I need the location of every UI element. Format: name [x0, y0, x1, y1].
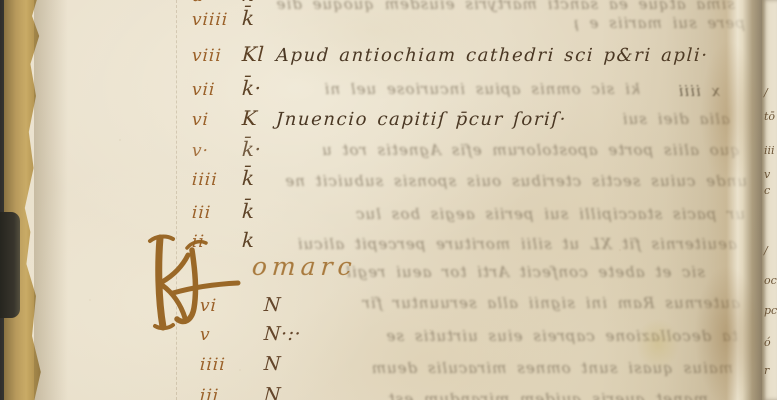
nones-letter: N·:· — [263, 323, 301, 345]
nones-letter: N — [263, 353, 298, 375]
roman-numeral: vi — [191, 110, 242, 130]
calendar-row: viiiik̄ — [191, 6, 276, 30]
kalend-letter: Kl — [241, 42, 276, 66]
kalend-letter: K — [241, 106, 276, 130]
kalend-letter: k̄· — [241, 137, 276, 161]
roman-numeral: vi — [199, 296, 264, 316]
facing-page-text-fragment: iii — [764, 144, 775, 157]
kl-monogram-initial — [146, 230, 252, 334]
facing-page-text-fragment: tō — [764, 110, 775, 123]
kalend-letter: k̄ — [241, 166, 276, 190]
roman-numeral: iiii — [199, 355, 264, 375]
facing-page-text-fragment: v — [764, 168, 770, 181]
roman-numeral: iii — [191, 203, 242, 223]
calendar-row: iiik̄ — [191, 199, 276, 223]
kalend-letter: k̄ — [241, 199, 276, 223]
facing-page-text-fragment: / — [764, 86, 768, 99]
facing-page-text-fragment: pc — [764, 304, 777, 317]
roman-numeral: viiii — [191, 10, 242, 30]
calendar-row: iiiik̄ — [191, 166, 276, 190]
calendar-row: viKJnuencio capitiſ p̄cur ſoriſ· — [191, 106, 567, 130]
roman-numeral: vii — [191, 80, 242, 100]
roman-numeral: iii — [199, 386, 264, 400]
fold-stain-bottom — [694, 265, 760, 400]
calendar-row: viN — [199, 294, 298, 316]
roman-numeral: viii — [191, 46, 242, 66]
facing-page-text-fragment: c — [764, 184, 770, 197]
roman-numeral: iiii — [191, 170, 242, 190]
roman-numeral: v — [199, 325, 264, 345]
kalend-letter: k̄ — [241, 6, 276, 30]
facing-page-text-fragment: ó — [764, 336, 771, 349]
kalend-letter: k̄· — [241, 76, 276, 100]
calendar-row: v·k̄· — [191, 137, 276, 161]
bleedthrough-line: ki sic omnis apius incuriose uel ni — [250, 80, 640, 98]
calendar-row: iiiN — [199, 384, 298, 400]
facing-page-text-fragment: / — [764, 244, 768, 257]
month-heading: omarc — [251, 252, 358, 281]
facing-page-text-fragment: r — [764, 364, 769, 377]
margin-ruling-line — [176, 0, 177, 400]
calendar-row: viik̄· — [191, 76, 276, 100]
nones-letter: N — [263, 384, 298, 400]
roman-numeral: v· — [191, 141, 242, 161]
yellow-stain — [636, 318, 680, 370]
page-left-shadow — [34, 0, 68, 400]
calendar-row: iiiiN — [199, 353, 298, 375]
nones-letter: N — [263, 294, 298, 316]
manuscript-photo: sima atque ea sancti martyris eiusdem qu… — [0, 0, 777, 400]
fold-stain-top — [700, 40, 758, 190]
facing-page-text-fragment: oc — [764, 274, 777, 287]
calendar-row: vN·:· — [199, 323, 301, 345]
binding-notch — [0, 212, 20, 318]
feast-entry: Jnuencio capitiſ p̄cur ſoriſ· — [275, 109, 567, 130]
